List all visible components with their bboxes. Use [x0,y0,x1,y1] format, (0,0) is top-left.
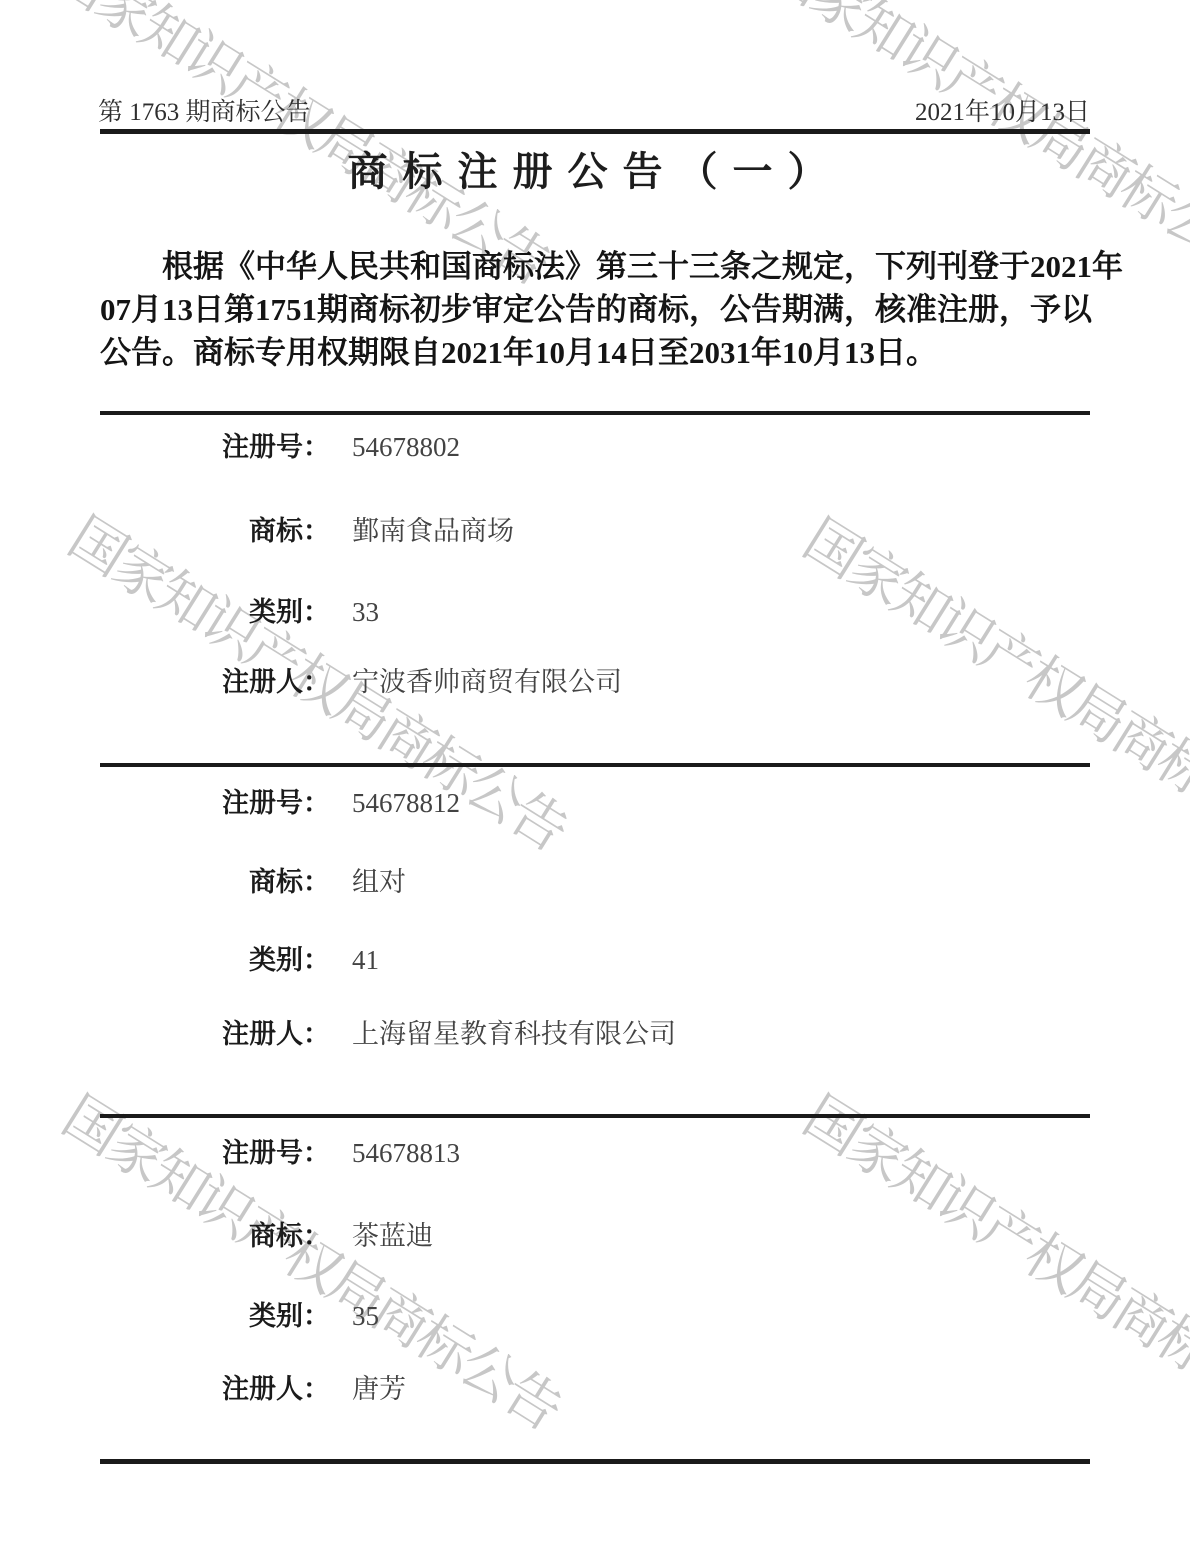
separator-rule [100,1114,1090,1118]
intro-line-1: 根据《中华人民共和国商标法》第三十三条之规定，下列刊登于2021年 [100,250,1123,284]
trademark-value: 茶蓝迪 [352,1221,433,1251]
separator-rule [100,411,1090,415]
category-label: 类别： [150,1301,330,1331]
registrant-label: 注册人： [150,667,330,697]
registrant-label: 注册人： [150,1374,330,1404]
header-rule [100,129,1090,134]
trademark-label: 商标： [150,516,330,546]
record-row-registrant: 注册人：宁波香帅商贸有限公司 [150,667,622,697]
trademark-label: 商标： [150,867,330,897]
gazette-issue-number: 第 1763 期商标公告 [98,99,311,127]
category-value: 33 [352,597,379,627]
regno-value: 54678813 [352,1138,460,1168]
separator-rule [100,763,1090,767]
record-row-registrant: 注册人：上海留星教育科技有限公司 [150,1019,676,1049]
registrant-value: 上海留星教育科技有限公司 [352,1019,676,1049]
record-row-trademark: 商标：组对 [150,867,406,897]
watermark-middle-right: 国家知识产权局商标公告 [794,511,1190,862]
trademark-value: 组对 [352,867,406,897]
regno-label: 注册号： [150,1138,330,1168]
record-row-regno: 注册号：54678813 [150,1138,460,1168]
record-row-category: 类别：35 [150,1301,379,1331]
regno-label: 注册号： [150,432,330,462]
trademark-label: 商标： [150,1221,330,1251]
category-label: 类别： [150,597,330,627]
category-value: 35 [352,1301,379,1331]
record-row-regno: 注册号：54678802 [150,432,460,462]
trademark-value: 鄞南食品商场 [352,516,514,546]
regno-value: 54678802 [352,432,460,462]
gazette-page: 国家知识产权局商标公告 国家知识产权局商标公告 国家知识产权局商标公告 国家知识… [0,0,1190,1564]
record-row-regno: 注册号：54678812 [150,788,460,818]
registrant-value: 宁波香帅商贸有限公司 [352,667,622,697]
intro-line-3: 公告。商标专用权期限自2021年10月14日至2031年10月13日。 [100,336,937,370]
regno-label: 注册号： [150,788,330,818]
intro-line-2: 07月13日第1751期商标初步审定公告的商标，公告期满，核准注册，予以 [100,293,1092,327]
record-row-category: 类别：33 [150,597,379,627]
registrant-value: 唐芳 [352,1374,406,1404]
category-label: 类别： [150,945,330,975]
category-value: 41 [352,945,379,975]
gazette-date: 2021年10月13日 [915,99,1090,127]
record-row-trademark: 商标：茶蓝迪 [150,1221,433,1251]
watermark-top-right: 国家知识产权局商标公告 [757,0,1190,289]
watermark-bottom-right: 国家知识产权局商标公告 [794,1088,1190,1439]
record-row-category: 类别：41 [150,945,379,975]
regno-value: 54678812 [352,788,460,818]
registrant-label: 注册人： [150,1019,330,1049]
page-title: 商标注册公告（一） [0,151,1190,193]
record-row-trademark: 商标：鄞南食品商场 [150,516,514,546]
record-row-registrant: 注册人：唐芳 [150,1374,406,1404]
bottom-rule [100,1459,1090,1464]
